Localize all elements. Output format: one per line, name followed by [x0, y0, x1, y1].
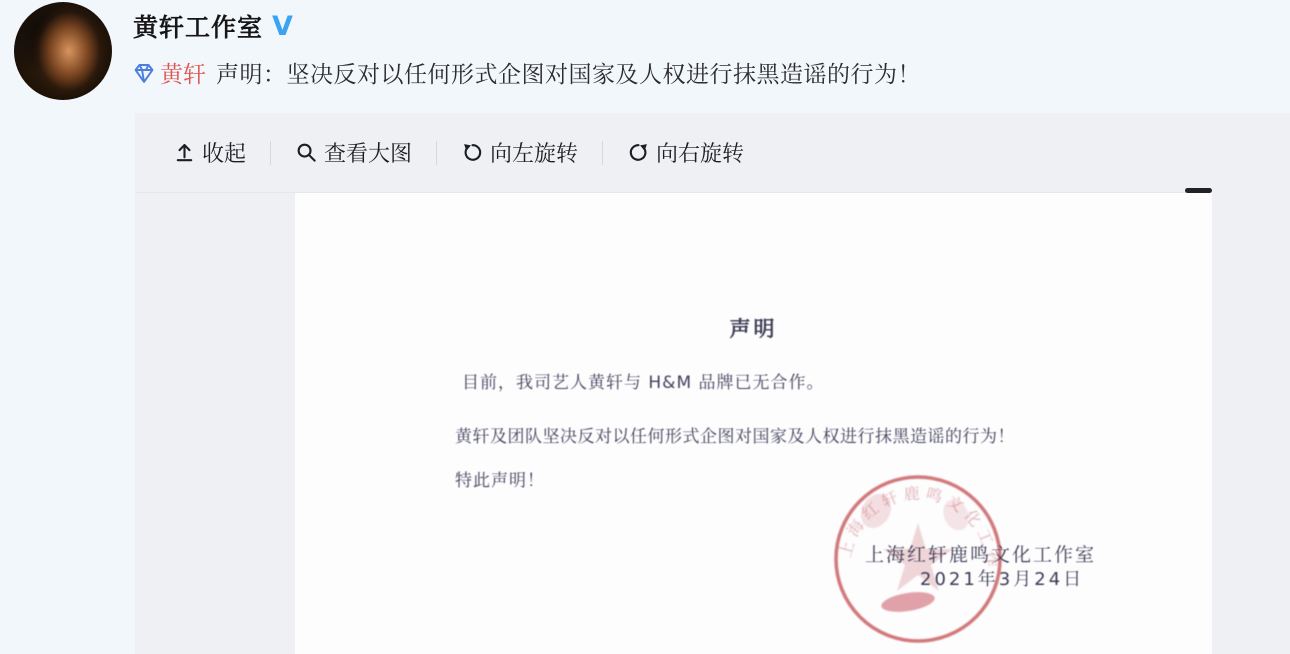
avatar[interactable]	[14, 2, 112, 100]
statement-line-1: 目前，我司艺人黄轩与 H&M 品牌已无合作。	[462, 368, 825, 393]
magnifier-icon	[295, 141, 318, 164]
media-panel: 收起 查看大图 向左旋转	[135, 113, 1290, 654]
collapse-button[interactable]: 收起	[173, 137, 246, 168]
post-text: 声明：坚决反对以任何形式企图对国家及人权进行抹黑造谣的行为！	[216, 56, 921, 89]
statement-image[interactable]: 上海红轩鹿鸣文化工作室 声明 目前，我司艺人黄轩与 H&M 品牌已无合作。 黄轩…	[295, 193, 1212, 654]
collapse-icon	[173, 141, 196, 164]
toolbar-divider	[602, 141, 603, 165]
gem-icon	[131, 60, 157, 86]
rotate-right-button[interactable]: 向右旋转	[627, 137, 744, 168]
author-name[interactable]: 黄轩工作室	[133, 8, 263, 44]
statement-line-3: 特此声明！	[455, 466, 545, 491]
view-large-label: 查看大图	[324, 137, 412, 168]
statement-title: 声明	[295, 313, 1212, 343]
toolbar-divider	[436, 141, 437, 165]
author-row: 黄轩工作室 V	[133, 8, 293, 44]
statement-line-2: 黄轩及团队坚决反对以任何形式企图对国家及人权进行抹黑造谣的行为！	[455, 422, 1015, 447]
statement-date: 2021年3月24日	[920, 565, 1084, 591]
rotate-right-label: 向右旋转	[656, 137, 744, 168]
view-large-button[interactable]: 查看大图	[295, 137, 412, 168]
topic-link[interactable]: 黄轩	[160, 56, 206, 89]
collapse-label: 收起	[202, 137, 246, 168]
image-toolbar: 收起 查看大图 向左旋转	[173, 137, 744, 168]
verified-badge-icon: V	[272, 13, 293, 40]
rotate-left-label: 向左旋转	[490, 137, 578, 168]
rotate-left-button[interactable]: 向左旋转	[461, 137, 578, 168]
rotate-right-icon	[627, 141, 650, 164]
post-content: 黄轩 声明：坚决反对以任何形式企图对国家及人权进行抹黑造谣的行为！	[131, 56, 921, 89]
toolbar-divider	[270, 141, 271, 165]
weibo-post-screen: 黄轩工作室 V 黄轩 声明：坚决反对以任何形式企图对国家及人权进行抹黑造谣的行为…	[0, 0, 1290, 654]
rotate-left-icon	[461, 141, 484, 164]
statement-signature: 上海红轩鹿鸣文化工作室	[865, 540, 1096, 567]
